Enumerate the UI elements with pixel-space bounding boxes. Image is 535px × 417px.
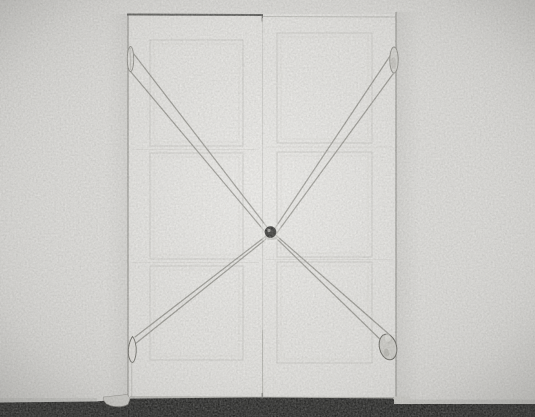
vignette-overlay <box>0 0 535 417</box>
photo-canvas: Black-and-white photograph of a closed w… <box>0 0 535 417</box>
screenshot-root: Black-and-white photograph of a closed w… <box>0 0 535 417</box>
